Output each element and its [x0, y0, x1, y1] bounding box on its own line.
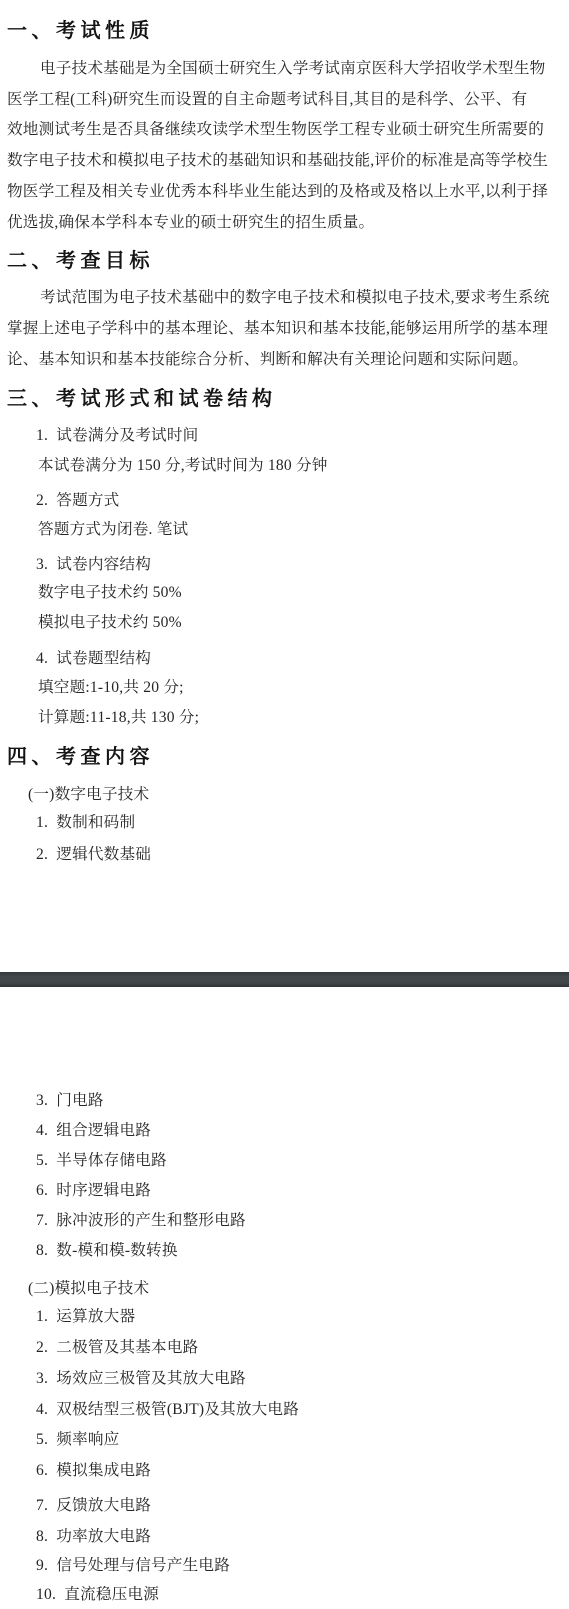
topic-item-analog: 9. 信号处理与信号产生电路 [36, 1557, 230, 1574]
para-line: 论、基本知识和基本技能综合分析、判断和解决有关理论问题和实际问题。 [7, 351, 528, 368]
topic-item-analog: 7. 反馈放大电路 [36, 1497, 151, 1514]
topic-item-analog: 4. 双极结型三极管(BJT)及其放大电路 [36, 1401, 299, 1418]
topic-item-analog: 5. 频率响应 [36, 1431, 119, 1448]
topic-item-digital: 3. 门电路 [36, 1092, 104, 1109]
topic-item-digital: 7. 脉冲波形的产生和整形电路 [36, 1212, 246, 1229]
para-line: 掌握上述电子学科中的基本理论、基本知识和基本技能,能够运用所学的基本理 [7, 320, 548, 337]
exam-item: 3. 试卷内容结构 [36, 556, 151, 573]
para-line: 数字电子技术和模拟电子技术的基础知识和基础技能,评价的标准是高等学校生 [7, 152, 548, 169]
topic-item-analog: 6. 模拟集成电路 [36, 1462, 151, 1479]
exam-detail: 答题方式为闭卷. 笔试 [38, 521, 188, 538]
topic-item-analog: 2. 二极管及其基本电路 [36, 1339, 198, 1356]
exam-item: 4. 试卷题型结构 [36, 650, 151, 667]
topic-item-analog: 8. 功率放大电路 [36, 1528, 151, 1545]
para-line: 医学工程(工科)研究生而设置的自主命题考试科目,其目的是科学、公平、有 [7, 91, 527, 108]
para-line: 优选拔,确保本学科本专业的硕士研究生的招生质量。 [7, 214, 374, 231]
page-gap-divider [0, 972, 569, 987]
subsection-title-analog: (二)模拟电子技术 [28, 1280, 149, 1297]
exam-item: 1. 试卷满分及考试时间 [36, 427, 198, 444]
exam-detail: 模拟电子技术约 50% [38, 614, 182, 631]
exam-detail: 计算题:11-18,共 130 分; [38, 709, 199, 726]
topic-item-digital: 6. 时序逻辑电路 [36, 1182, 151, 1199]
section-heading-4: 四、考查内容 [7, 746, 154, 769]
para-line: 效地测试考生是否具备继续攻读学术型生物医学工程专业硕士研究生所需要的 [7, 121, 544, 138]
topic-item-analog: 1. 运算放大器 [36, 1308, 135, 1325]
subsection-title-digital: (一)数字电子技术 [28, 786, 149, 803]
section-heading-3: 三、考试形式和试卷结构 [7, 388, 277, 411]
para-line: 电子技术基础是为全国硕士研究生入学考试南京医科大学招收学术型生物 [40, 60, 545, 77]
para-line: 考试范围为电子技术基础中的数字电子技术和模拟电子技术,要求考生系统 [40, 289, 550, 306]
exam-detail: 填空题:1-10,共 20 分; [38, 679, 184, 696]
section-heading-2: 二、考查目标 [7, 250, 154, 273]
topic-item-digital: 4. 组合逻辑电路 [36, 1122, 151, 1139]
section-heading-1: 一、考试性质 [7, 20, 154, 43]
topic-item-digital: 8. 数-模和模-数转换 [36, 1242, 178, 1259]
topic-item-digital: 2. 逻辑代数基础 [36, 846, 151, 863]
exam-detail: 数字电子技术约 50% [38, 584, 182, 601]
topic-item-analog: 3. 场效应三极管及其放大电路 [36, 1370, 246, 1387]
document-viewport: 一、考试性质 电子技术基础是为全国硕士研究生入学考试南京医科大学招收学术型生物 … [0, 0, 569, 1609]
para-line: 物医学工程及相关专业优秀本科毕业生能达到的及格或及格以上水平,以利于择 [7, 183, 548, 200]
topic-item-digital: 5. 半导体存储电路 [36, 1152, 167, 1169]
exam-item: 2. 答题方式 [36, 492, 119, 509]
exam-detail: 本试卷满分为 150 分,考试时间为 180 分钟 [38, 457, 328, 474]
topic-item-analog: 10. 直流稳压电源 [36, 1586, 159, 1603]
topic-item-digital: 1. 数制和码制 [36, 814, 135, 831]
